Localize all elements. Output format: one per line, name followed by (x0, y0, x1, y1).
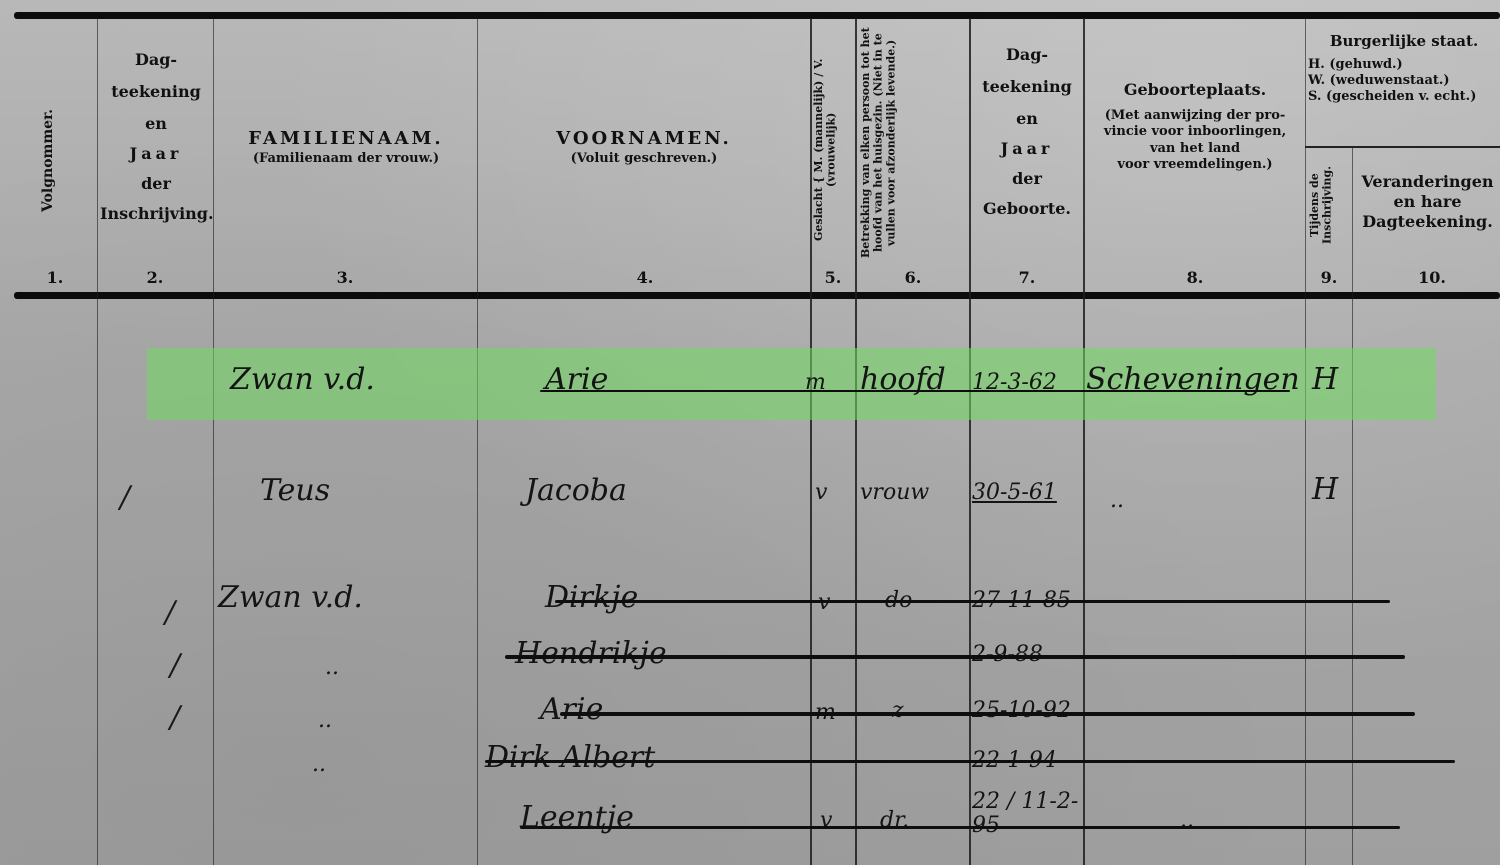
header-title: FAMILIENAAM. (215, 128, 477, 151)
header-text: en hare (1355, 192, 1500, 212)
row2-familienaam: Teus (260, 473, 330, 508)
header-familienaam: FAMILIENAAM. (Familienaam der vrouw.) (215, 128, 477, 167)
header-text: en (972, 109, 1082, 129)
header-subtitle: (Voluit geschreven.) (479, 151, 809, 167)
colnum-6: 6. (898, 268, 928, 287)
row7-betrekking: dr. (880, 808, 909, 833)
row4-strikethrough (505, 655, 1405, 659)
row5-familienaam: .. (318, 708, 332, 733)
header-text: der (100, 174, 212, 194)
row6-strikethrough (485, 760, 1455, 763)
header-bottom-rule (14, 292, 1500, 299)
header-text: Geboorte. (972, 199, 1082, 219)
header-geslacht: Geslacht { M. (mannelijk) / V. (vrouweli… (813, 40, 853, 260)
row2-geslacht: v (815, 480, 827, 505)
header-text: W. (weduwenstaat.) (1308, 73, 1500, 89)
row2-tick: / (120, 480, 130, 515)
row2-voornamen: Jacoba (525, 473, 627, 508)
header-voornamen: VOORNAMEN. (Voluit geschreven.) (479, 128, 809, 167)
col-divider (969, 18, 971, 865)
header-burgerlijke-staat: Burgerlijke staat. H. (gehuwd.) W. (wedu… (1308, 32, 1500, 106)
header-text: S. (gescheiden v. echt.) (1308, 89, 1500, 105)
row3-strikethrough (555, 600, 1390, 603)
colnum-9: 9. (1314, 268, 1344, 287)
row5-betrekking: z (892, 698, 904, 723)
header-inschrijving: Dag- teekening en Jaar der Inschrijving. (100, 50, 212, 224)
colnum-4: 4. (630, 268, 660, 287)
row3-tick: / (165, 595, 175, 630)
colnum-10: 10. (1412, 268, 1452, 287)
col-divider (1083, 18, 1085, 865)
row2-geboorteplaats: .. (1110, 488, 1124, 513)
header-tijdens-inschrijving: Tijdens de Inschrijving. (1309, 155, 1351, 255)
row2-geboorte: 30-5-61 (972, 480, 1057, 505)
header-volgnummer: Volgnommer. (40, 90, 70, 230)
header-text: vincie voor inboorlingen, (1086, 124, 1304, 140)
row1-strikethrough (540, 390, 1290, 392)
header-text: Jaar (972, 139, 1082, 159)
row3-voornamen: Dirkje (545, 580, 638, 615)
header-text: teekening (100, 82, 212, 102)
row5-geboorte: 25-10-92 (972, 698, 1071, 723)
row7-strikethrough (520, 826, 1400, 829)
header-text: Dag- (100, 50, 212, 70)
row7-voornamen: Leentje (520, 800, 634, 835)
colnum-1: 1. (40, 268, 70, 287)
header-title: Geboorteplaats. (1086, 80, 1304, 100)
header-subtitle: (Familienaam der vrouw.) (215, 151, 477, 167)
col-divider (1352, 148, 1353, 865)
top-rule (14, 12, 1500, 19)
header-text: Veranderingen (1355, 172, 1500, 192)
header-text: H. (gehuwd.) (1308, 57, 1500, 73)
burgerlijke-staat-divider (1305, 146, 1500, 148)
header-text: teekening (972, 77, 1082, 97)
row5-strikethrough (560, 712, 1415, 716)
row5-tick: / (170, 700, 180, 735)
row3-familienaam: Zwan v.d. (218, 580, 363, 615)
header-betrekking: Betrekking van elken persoon tot het hoo… (860, 25, 966, 260)
col-divider (213, 18, 214, 865)
row7-geslacht: v (820, 808, 832, 833)
row6-voornamen: Dirk Albert (485, 740, 655, 775)
header-text: der (972, 169, 1082, 189)
header-text: voor vreemdelingen.) (1086, 157, 1304, 173)
row2-betrekking: vrouw (860, 480, 929, 505)
row5-voornamen: Arie (540, 692, 603, 727)
row6-familienaam: .. (312, 752, 326, 777)
row4-voornamen: Hendrikje (515, 636, 667, 671)
header-text: (Met aanwijzing der pro- (1086, 108, 1304, 124)
header-veranderingen: Veranderingen en hare Dagteekening. (1355, 172, 1500, 232)
header-text: Dagteekening. (1355, 212, 1500, 232)
header-geboorteplaats: Geboorteplaats. (Met aanwijzing der pro-… (1086, 80, 1304, 173)
header-text: Dag- (972, 45, 1082, 65)
header-text: Inschrijving. (100, 204, 212, 224)
col-divider (97, 18, 98, 865)
register-page: Volgnommer. Dag- teekening en Jaar der I… (0, 0, 1500, 865)
row4-tick: / (170, 648, 180, 683)
row7-geboorte: 22 / 11-2-95 (972, 790, 1082, 838)
header-text: van het land (1086, 141, 1304, 157)
row2-staat: H (1312, 472, 1338, 507)
colnum-8: 8. (1180, 268, 1210, 287)
header-title: Burgerlijke staat. (1308, 32, 1500, 51)
colnum-5: 5. (818, 268, 848, 287)
colnum-7: 7. (1012, 268, 1042, 287)
row7-geboorteplaats: .. (1180, 808, 1194, 833)
header-text: Jaar (100, 144, 212, 164)
colnum-3: 3. (330, 268, 360, 287)
header-text: en (100, 114, 212, 134)
col-divider (855, 18, 857, 865)
colnum-2: 2. (140, 268, 170, 287)
col-divider (477, 18, 478, 865)
header-title: VOORNAMEN. (479, 128, 809, 151)
row1-staat: H (1312, 362, 1338, 397)
header-geboorte: Dag- teekening en Jaar der Geboorte. (972, 45, 1082, 219)
row4-familienaam: .. (325, 655, 339, 680)
row1-familienaam: Zwan v.d. (230, 362, 375, 397)
